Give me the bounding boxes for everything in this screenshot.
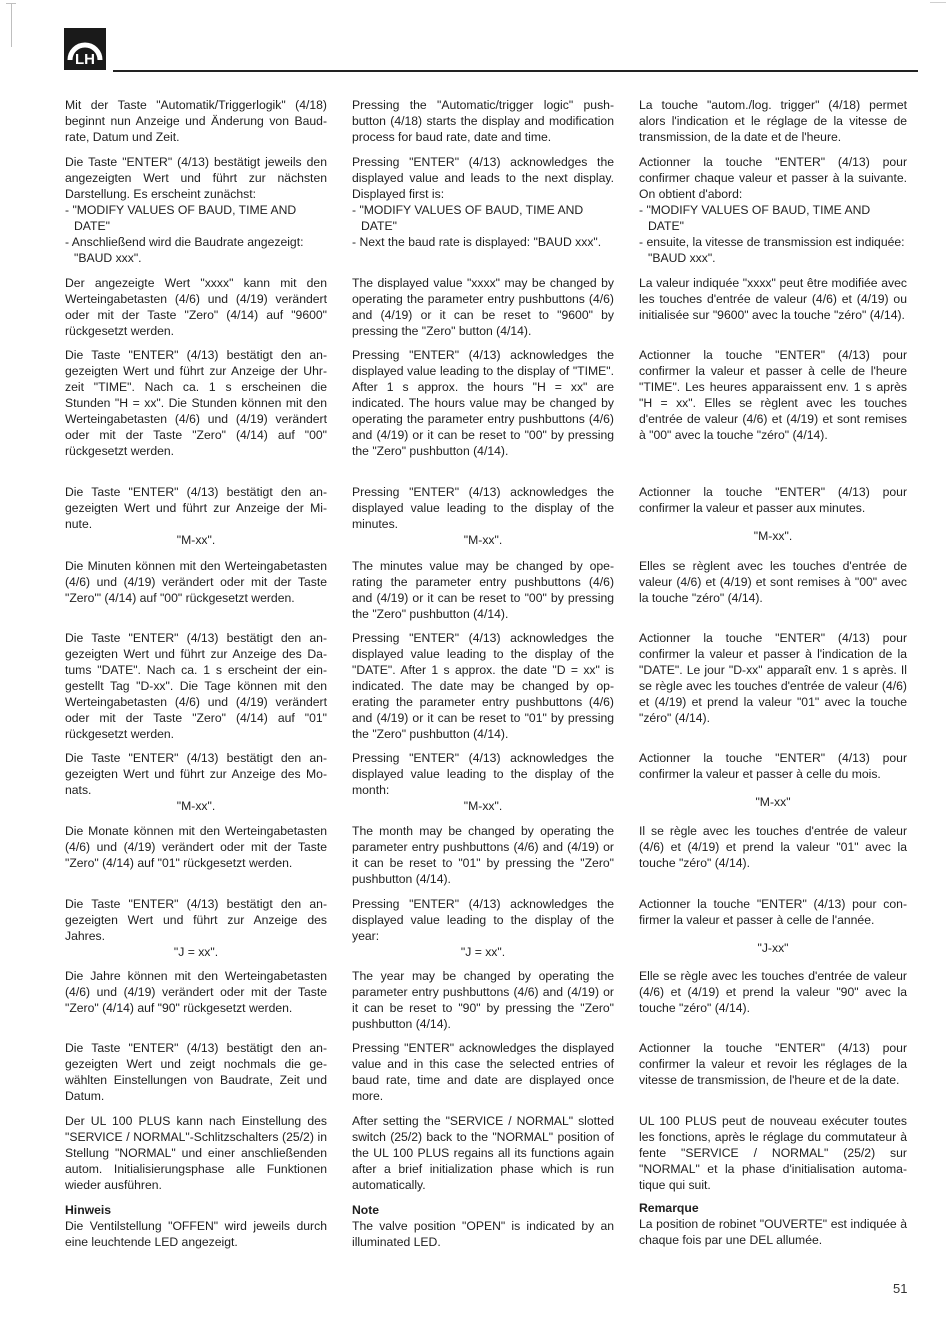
list-item: - "MODIFY VALUES OF BAUD, TIME AND DATE" xyxy=(639,202,907,234)
note-heading: Hinweis xyxy=(65,1202,327,1218)
header-rule xyxy=(113,70,918,72)
paragraph: Actionner la touche "ENTER" (4/13) pour … xyxy=(639,630,907,726)
note-heading: Remarque xyxy=(639,1200,907,1216)
display-code: "M-xx". xyxy=(65,798,327,814)
display-code: "M-xx" xyxy=(639,794,907,810)
paragraph: Actionner la touche "ENTER" (4/13) pour … xyxy=(639,347,907,443)
paragraph: Pressing the "Automatic/trigger logic" p… xyxy=(352,97,614,145)
crop-mark xyxy=(11,3,12,47)
paragraph: Die Jahre können mit den Werteingabetast… xyxy=(65,968,327,1016)
display-code: "J = xx". xyxy=(65,944,327,960)
svg-text:LH: LH xyxy=(75,51,95,68)
paragraph: Die Taste "ENTER" (4/13) bestätigt den a… xyxy=(65,896,327,960)
paragraph: Die Taste "ENTER" (4/13) bestätigt den a… xyxy=(65,1040,327,1104)
list-item: - ensuite, la vitesse de transmission es… xyxy=(639,234,907,266)
paragraph: Il se règle avec les touches d'entrée de… xyxy=(639,823,907,871)
paragraph: Die Taste "ENTER" (4/13) bestätigt jewei… xyxy=(65,154,327,266)
paragraph: Der UL 100 PLUS kann nach Einstellung de… xyxy=(65,1113,327,1193)
list-item: - Next the baud rate is displayed: "BAUD… xyxy=(352,234,614,250)
paragraph: The minutes value may be changed by ope­… xyxy=(352,558,614,622)
paragraph: Die Minuten können mit den Werteingabe­t… xyxy=(65,558,327,606)
display-code: "J = xx". xyxy=(352,944,614,960)
paragraph: The displayed value "xxxx" may be change… xyxy=(352,275,614,339)
paragraph: Actionner la touche "ENTER" (4/13) pour … xyxy=(639,750,907,810)
list-item: - "MODIFY VALUES OF BAUD, TIME AND DATE" xyxy=(65,202,327,234)
note: Note The valve position "OPEN" is indica… xyxy=(352,1202,614,1250)
paragraph: Pressing "ENTER" acknowledges the dis­pl… xyxy=(352,1040,614,1104)
paragraph: Die Taste "ENTER" (4/13) bestätigt den a… xyxy=(65,750,327,814)
list-item: - Anschließend wird die Baudrate angezei… xyxy=(65,234,327,266)
paragraph: Der angezeigte Wert "xxxx" kann mit den … xyxy=(65,275,327,339)
note-heading: Note xyxy=(352,1202,614,1218)
paragraph: Pressing "ENTER" (4/13) acknowledges the… xyxy=(352,484,614,548)
paragraph: Elles se règlent avec les touches d'entr… xyxy=(639,558,907,606)
paragraph: Die Taste "ENTER" (4/13) bestätigt den a… xyxy=(65,347,327,459)
display-code: "M-xx". xyxy=(639,528,907,544)
paragraph: Pressing "ENTER" (4/13) acknowledges the… xyxy=(352,750,614,814)
list-item: - "MODIFY VALUES OF BAUD, TIME AND DATE" xyxy=(352,202,614,234)
paragraph: Pressing "ENTER" (4/13) acknowledges the… xyxy=(352,154,614,250)
paragraph: Mit der Taste "Automatik/Triggerlogik" (… xyxy=(65,97,327,145)
paragraph: Die Taste "ENTER" (4/13) bestätigt den a… xyxy=(65,630,327,742)
paragraph: Pressing "ENTER" (4/13) acknowledges the… xyxy=(352,630,614,742)
paragraph: Pressing "ENTER" (4/13) acknowledges the… xyxy=(352,896,614,960)
note: Remarque La position de robinet "OUVERTE… xyxy=(639,1200,907,1248)
display-code: "J-xx" xyxy=(639,940,907,956)
display-code: "M-xx". xyxy=(352,798,614,814)
paragraph: Actionner la touche "ENTER" (4/13) pour … xyxy=(639,896,907,956)
paragraph: Elle se règle avec les touches d'entrée … xyxy=(639,968,907,1016)
paragraph: La touche "autom./log. trigger" (4/18) p… xyxy=(639,97,907,145)
display-code: "M-xx". xyxy=(352,532,614,548)
paragraph: UL 100 PLUS peut de nouveau exécuter tou… xyxy=(639,1113,907,1193)
paragraph: The year may be changed by operating the… xyxy=(352,968,614,1032)
paragraph: After setting the "SERVICE / NORMAL" slo… xyxy=(352,1113,614,1193)
paragraph: La valeur indiquée "xxxx" peut être modi… xyxy=(639,275,907,323)
paragraph: Die Taste "ENTER" (4/13) bestätigt den a… xyxy=(65,484,327,548)
display-code: "M-xx". xyxy=(65,532,327,548)
note: Hinweis Die Ventilstellung "OFFEN" wird … xyxy=(65,1202,327,1250)
paragraph: Actionner la touche "ENTER" (4/13) pour … xyxy=(639,154,907,266)
page-number: 51 xyxy=(893,1281,907,1296)
paragraph: The month may be changed by operating th… xyxy=(352,823,614,887)
crop-mark xyxy=(930,2,946,3)
paragraph: Actionner la touche "ENTER" (4/13) pour … xyxy=(639,1040,907,1088)
lh-logo-icon: LH xyxy=(64,28,106,70)
paragraph: Die Monate können mit den Wertein­gabeta… xyxy=(65,823,327,871)
paragraph: Actionner la touche "ENTER" (4/13) pour … xyxy=(639,484,907,544)
paragraph: Pressing "ENTER" (4/13) acknowledges the… xyxy=(352,347,614,459)
